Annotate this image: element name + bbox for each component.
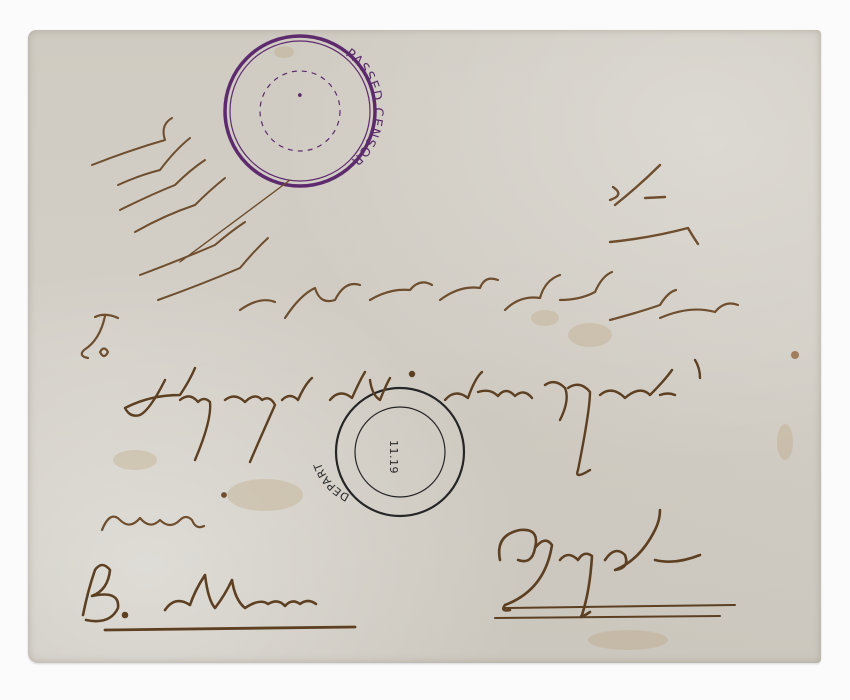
postmark-ring-text: DEPART (311, 461, 351, 504)
route-handwriting (83, 565, 355, 630)
svg-text:•: • (296, 89, 305, 104)
via-label (102, 493, 226, 530)
persian-address-line (240, 272, 738, 320)
stains (113, 46, 799, 650)
to-label (82, 315, 118, 358)
scalloped-ring (260, 71, 340, 151)
censor-stamp: PASSED CENSOR • (225, 36, 385, 186)
persian-destination (610, 165, 698, 244)
envelope-markings: PASSED CENSOR • DEPART 11.19 (0, 0, 850, 700)
censor-stamp-text: PASSED CENSOR (343, 46, 386, 169)
persian-sender-note (92, 118, 290, 300)
addressee-handwriting (125, 360, 700, 475)
postmark-date: 11.19 (387, 440, 400, 474)
destination-handwriting (495, 510, 735, 618)
postmark: DEPART 11.19 (311, 388, 464, 516)
